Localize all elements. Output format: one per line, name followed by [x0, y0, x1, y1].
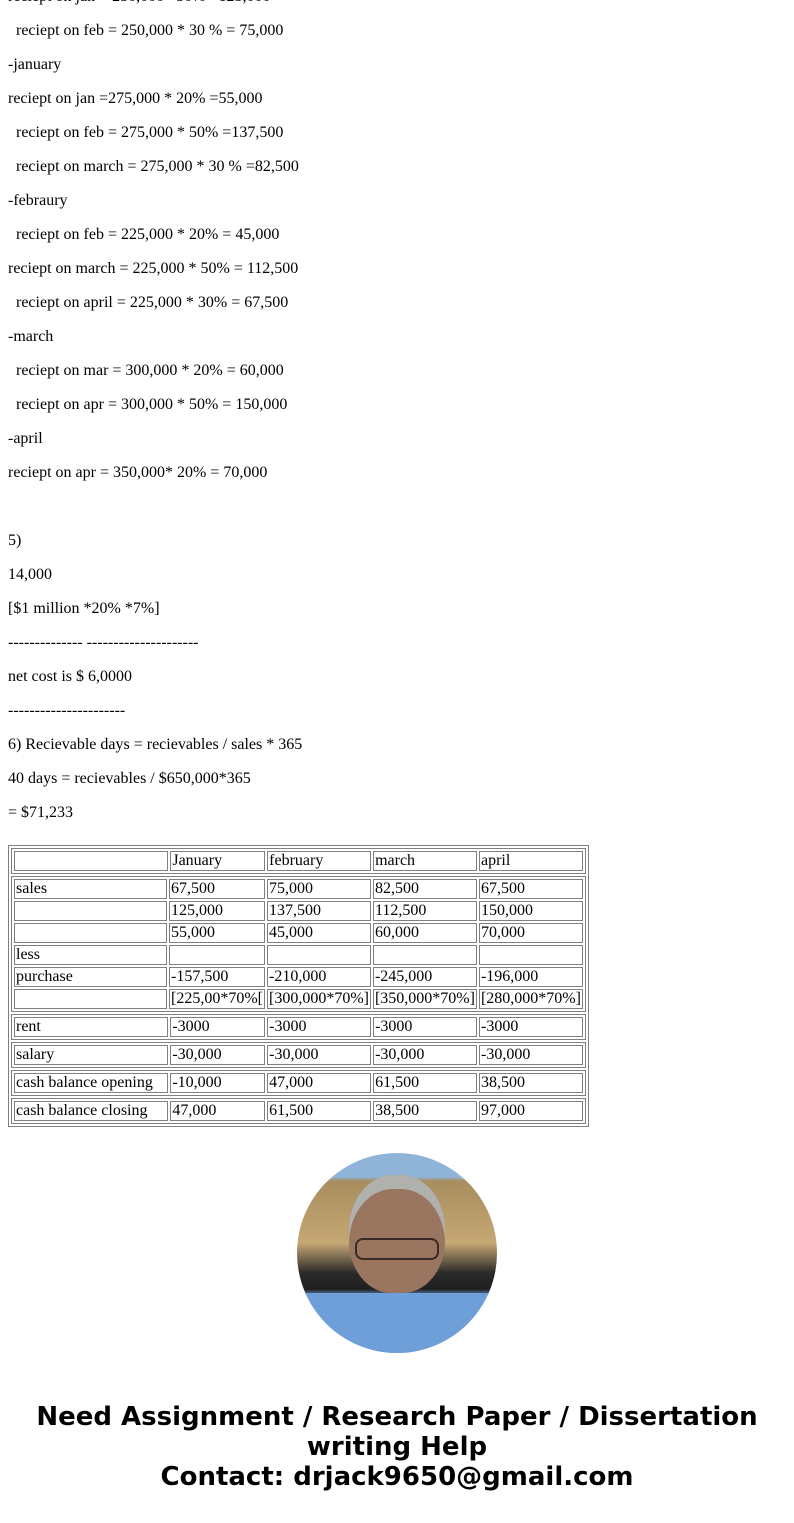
- table-cell: 47,000: [267, 1073, 371, 1093]
- table-cell: 112,500: [373, 901, 477, 921]
- table-cell: 75,000: [267, 879, 371, 899]
- banner-line-3: Contact: drjack9650@gmail.com: [0, 1462, 794, 1492]
- table-cell: 67,500: [479, 879, 583, 899]
- table-group-cell: Januaryfebruarymarchapril: [11, 848, 586, 874]
- table-group-cell: salary-30,000-30,000-30,000-30,000: [11, 1042, 586, 1068]
- cash-budget-table: Januaryfebruarymarchaprilsales67,50075,0…: [8, 845, 589, 1127]
- table-cell: -196,000: [479, 967, 583, 987]
- solution-text: reciept on jan = 250,000* 50% =125,000re…: [8, 0, 788, 838]
- table-cell: -210,000: [267, 967, 371, 987]
- text-line: reciept on mar = 300,000 * 20% = 60,000: [8, 362, 788, 396]
- table-group: rent-3000-3000-3000-3000: [12, 1015, 585, 1039]
- text-line: reciept on feb = 250,000 * 30 % = 75,000: [8, 22, 788, 56]
- row-label: [14, 923, 167, 943]
- table-cell: [300,000*70%]: [267, 989, 371, 1009]
- banner-line-2: writing Help: [0, 1432, 794, 1462]
- row-label: salary: [14, 1045, 168, 1065]
- table-cell: [479, 945, 583, 965]
- text-line: -april: [8, 430, 788, 464]
- table-cell: -30,000: [373, 1045, 477, 1065]
- table-cell: -157,500: [169, 967, 265, 987]
- table-cell: 125,000: [169, 901, 265, 921]
- table-cell: [280,000*70%]: [479, 989, 583, 1009]
- table-cell: [169, 945, 265, 965]
- table-group: cash balance opening-10,00047,00061,5003…: [12, 1071, 585, 1095]
- text-line: reciept on apr = 300,000 * 50% = 150,000: [8, 396, 788, 430]
- table-cell: -30,000: [479, 1045, 583, 1065]
- table-row-group: salary-30,000-30,000-30,000-30,000: [11, 1042, 586, 1068]
- row-label: [14, 901, 167, 921]
- row-label: less: [14, 945, 167, 965]
- banner-line-1: Need Assignment / Research Paper / Disse…: [0, 1402, 794, 1432]
- text-line: reciept on apr = 350,000* 20% = 70,000: [8, 464, 788, 498]
- table-row: 125,000137,500112,500150,000: [14, 901, 583, 921]
- table-group-cell: rent-3000-3000-3000-3000: [11, 1014, 586, 1040]
- table-row: rent-3000-3000-3000-3000: [14, 1017, 583, 1037]
- table-cell: 61,500: [373, 1073, 477, 1093]
- column-header: march: [373, 851, 477, 871]
- table-cell: 61,500: [267, 1101, 371, 1121]
- table-row: purchase-157,500-210,000-245,000-196,000: [14, 967, 583, 987]
- table-group: Januaryfebruarymarchapril: [12, 849, 585, 873]
- text-line: reciept on jan = 250,000* 50% =125,000: [8, 0, 788, 22]
- text-line: -march: [8, 328, 788, 362]
- text-line: [$1 million *20% *7%]: [8, 600, 788, 634]
- table-cell: 55,000: [169, 923, 265, 943]
- table-row-group: sales67,50075,00082,50067,500125,000137,…: [11, 876, 586, 1012]
- column-header: february: [267, 851, 371, 871]
- table-row: less: [14, 945, 583, 965]
- table-cell: 38,500: [479, 1073, 583, 1093]
- row-label: [14, 989, 167, 1009]
- table-row: 55,00045,00060,00070,000: [14, 923, 583, 943]
- table-cell: 47,000: [170, 1101, 265, 1121]
- table-row: cash balance opening-10,00047,00061,5003…: [14, 1073, 583, 1093]
- blank-line: [8, 498, 788, 532]
- table-row-group: rent-3000-3000-3000-3000: [11, 1014, 586, 1040]
- text-line: reciept on feb = 275,000 * 50% =137,500: [8, 124, 788, 158]
- avatar-glasses: [355, 1238, 439, 1260]
- table-cell: 150,000: [479, 901, 583, 921]
- text-line: -january: [8, 56, 788, 90]
- table-group-cell: cash balance opening-10,00047,00061,5003…: [11, 1070, 586, 1096]
- text-line: = $71,233: [8, 804, 788, 838]
- text-line: 5): [8, 532, 788, 566]
- table-cell: 38,500: [373, 1101, 477, 1121]
- table-cell: 67,500: [169, 879, 265, 899]
- column-header: april: [479, 851, 583, 871]
- text-line: 14,000: [8, 566, 788, 600]
- text-line: reciept on march = 275,000 * 30 % =82,50…: [8, 158, 788, 192]
- row-label: cash balance closing: [14, 1101, 168, 1121]
- row-label: sales: [14, 879, 167, 899]
- table-cell: [225,00*70%[: [169, 989, 265, 1009]
- table-cell: 137,500: [267, 901, 371, 921]
- column-header: January: [170, 851, 265, 871]
- table-header-row: Januaryfebruarymarchapril: [14, 851, 583, 871]
- text-line: 40 days = recievables / $650,000*365: [8, 770, 788, 804]
- table-cell: [373, 945, 477, 965]
- table-group: sales67,50075,00082,50067,500125,000137,…: [12, 877, 585, 1011]
- table-cell: [267, 945, 371, 965]
- table-cell: -3000: [373, 1017, 477, 1037]
- table-row-group: cash balance closing47,00061,50038,50097…: [11, 1098, 586, 1124]
- text-line: reciept on jan =275,000 * 20% =55,000: [8, 90, 788, 124]
- table-group: cash balance closing47,00061,50038,50097…: [12, 1099, 585, 1123]
- table-cell: 97,000: [479, 1101, 583, 1121]
- text-line: reciept on feb = 225,000 * 20% = 45,000: [8, 226, 788, 260]
- text-line: net cost is $ 6,0000: [8, 668, 788, 702]
- table-row: salary-30,000-30,000-30,000-30,000: [14, 1045, 583, 1065]
- row-label: rent: [14, 1017, 168, 1037]
- table-row: sales67,50075,00082,50067,500: [14, 879, 583, 899]
- table-cell: 45,000: [267, 923, 371, 943]
- cash-budget-table-wrapper: Januaryfebruarymarchaprilsales67,50075,0…: [8, 845, 589, 1127]
- row-label: purchase: [14, 967, 167, 987]
- table-cell: -30,000: [267, 1045, 371, 1065]
- table-cell: 70,000: [479, 923, 583, 943]
- text-line: -------------- ---------------------: [8, 634, 788, 668]
- table-cell: [350,000*70%]: [373, 989, 477, 1009]
- table-cell: -10,000: [170, 1073, 265, 1093]
- avatar-shirt: [297, 1293, 497, 1353]
- table-cell: -3000: [267, 1017, 371, 1037]
- author-avatar: [297, 1153, 497, 1353]
- table-group-cell: cash balance closing47,00061,50038,50097…: [11, 1098, 586, 1124]
- text-line: 6) Recievable days = recievables / sales…: [8, 736, 788, 770]
- table-cell: -30,000: [170, 1045, 265, 1065]
- table-header-group: Januaryfebruarymarchapril: [11, 848, 586, 874]
- table-cell: -3000: [170, 1017, 265, 1037]
- text-line: reciept on march = 225,000 * 50% = 112,5…: [8, 260, 788, 294]
- text-line: ----------------------: [8, 702, 788, 736]
- text-line: -febraury: [8, 192, 788, 226]
- table-cell: -3000: [479, 1017, 583, 1037]
- table-group: salary-30,000-30,000-30,000-30,000: [12, 1043, 585, 1067]
- text-line: reciept on april = 225,000 * 30% = 67,50…: [8, 294, 788, 328]
- contact-banner: Need Assignment / Research Paper / Disse…: [0, 1402, 794, 1492]
- table-group-cell: sales67,50075,00082,50067,500125,000137,…: [11, 876, 586, 1012]
- row-label: cash balance opening: [14, 1073, 168, 1093]
- table-cell: -245,000: [373, 967, 477, 987]
- table-row: cash balance closing47,00061,50038,50097…: [14, 1101, 583, 1121]
- avatar-face: [349, 1175, 445, 1293]
- table-row: [225,00*70%[[300,000*70%][350,000*70%][2…: [14, 989, 583, 1009]
- table-row-group: cash balance opening-10,00047,00061,5003…: [11, 1070, 586, 1096]
- column-header: [14, 851, 168, 871]
- table-cell: 82,500: [373, 879, 477, 899]
- table-cell: 60,000: [373, 923, 477, 943]
